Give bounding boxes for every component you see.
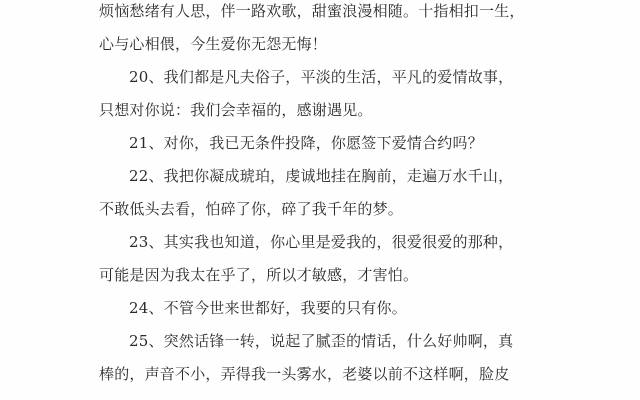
text-line: 可能是因为我太在乎了，所以才敏感，才害怕。 — [99, 259, 537, 292]
text-line-item-21: 21、对你，我已无条件投降，你愿签下爱情合约吗？ — [99, 127, 537, 160]
document-page: 烦恼愁绪有人思，伴一路欢歌，甜蜜浪漫相随。十指相扣一生， 心与心相偎，今生爱你无… — [0, 0, 640, 400]
text-line: 不敢低头去看，怕碎了你，碎了我千年的梦。 — [99, 193, 537, 226]
text-line: 棒的，声音不小，弄得我一头雾水，老婆以前不这样啊，脸皮 — [99, 358, 537, 391]
text-line: 心与心相偎，今生爱你无怨无悔！ — [99, 28, 537, 61]
text-line-item-23: 23、其实我也知道，你心里是爱我的，很爱很爱的那种， — [99, 226, 537, 259]
text-line-item-25: 25、突然话锋一转，说起了腻歪的情话，什么好帅啊，真 — [99, 325, 537, 358]
text-line: 烦恼愁绪有人思，伴一路欢歌，甜蜜浪漫相随。十指相扣一生， — [99, 0, 537, 28]
text-line: 只想对你说：我们会幸福的，感谢遇见。 — [99, 94, 537, 127]
text-line-item-20: 20、我们都是凡夫俗子，平淡的生活，平凡的爱情故事， — [99, 61, 537, 94]
document-body: 烦恼愁绪有人思，伴一路欢歌，甜蜜浪漫相随。十指相扣一生， 心与心相偎，今生爱你无… — [99, 0, 537, 391]
text-line-item-24: 24、不管今世来世都好，我要的只有你。 — [99, 292, 537, 325]
text-line-item-22: 22、我把你凝成琥珀，虔诚地挂在胸前，走遍万水千山， — [99, 160, 537, 193]
